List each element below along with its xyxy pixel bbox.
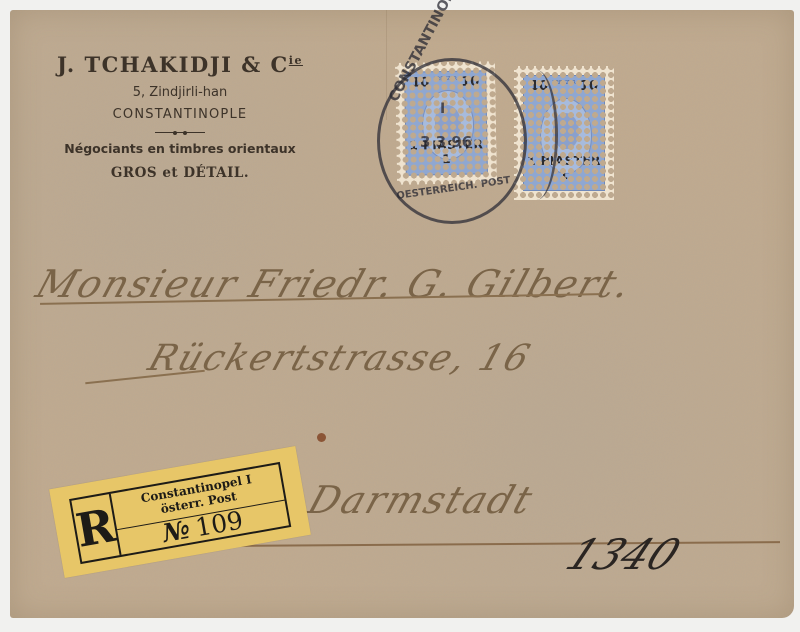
recipient-street: Rückertstrasse, 16	[143, 338, 536, 379]
company-tagline: Négociants en timbres orientaux	[30, 141, 330, 156]
company-name: J. TCHAKIDJI & Cie	[30, 52, 330, 77]
postmark-numeral: I	[440, 101, 445, 117]
company-city: CONSTANTINOPLE	[30, 107, 330, 122]
postmark-bottom-text: OESTERREICH. POST	[396, 175, 511, 202]
postmark: CONSTANTINOPEL I 3 3 96 OESTERREICH. POS…	[377, 58, 527, 224]
ink-spot	[317, 433, 326, 442]
ornament-divider	[155, 132, 205, 133]
postmark-partial-arc	[515, 70, 558, 200]
company-address: 5, Zindjirli-han	[30, 85, 330, 100]
postmark-date: 3 3 96	[420, 133, 472, 151]
letterhead: J. TCHAKIDJI & Cie 5, Zindjirli-han CONS…	[30, 50, 330, 181]
recipient-city: Darmstadt	[303, 478, 540, 522]
company-trade: GROS et DÉTAIL.	[30, 165, 330, 181]
numero-sign: №	[160, 514, 192, 547]
handwritten-number: 1340	[559, 530, 689, 579]
